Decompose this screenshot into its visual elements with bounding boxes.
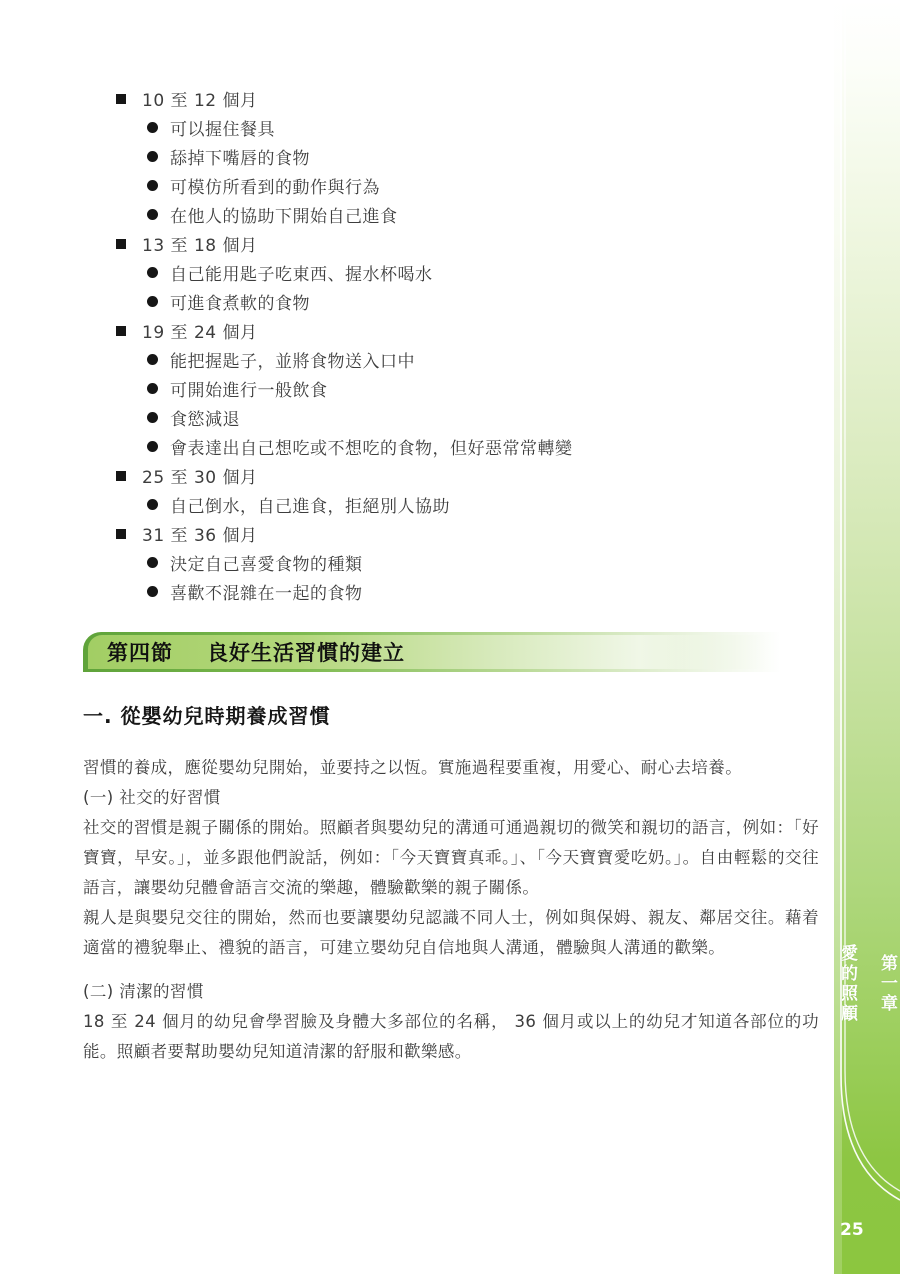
subsection-label: (二) 清潔的習慣 [83, 977, 819, 1007]
milestone-text: 會表達出自己想吃或不想吃的食物，但好惡常常轉變 [170, 434, 573, 459]
section-title: 良好生活習慣的建立 [207, 637, 405, 667]
milestone-text: 可以握住餐具 [170, 115, 275, 140]
square-bullet-icon [116, 326, 126, 336]
milestone-text: 10 至 12 個月 [142, 86, 257, 111]
milestone-text: 在他人的協助下開始自己進食 [170, 202, 398, 227]
milestone-text: 可模仿所看到的動作與行為 [170, 173, 380, 198]
circle-bullet-icon [147, 586, 158, 597]
circle-bullet-icon [147, 122, 158, 133]
milestone-item-row: 自己能用匙子吃東西、握水杯喝水 [83, 258, 813, 287]
milestone-item-row: 可模仿所看到的動作與行為 [83, 171, 813, 200]
section-number: 第四節 [107, 637, 173, 667]
milestone-text: 能把握匙子，並將食物送入口中 [170, 347, 415, 372]
milestone-item-row: 在他人的協助下開始自己進食 [83, 200, 813, 229]
milestone-text: 19 至 24 個月 [142, 318, 257, 343]
square-bullet-icon [116, 239, 126, 249]
milestone-list: 10 至 12 個月可以握住餐具舔掉下嘴唇的食物可模仿所看到的動作與行為在他人的… [83, 84, 813, 606]
milestone-item-row: 決定自己喜愛食物的種類 [83, 548, 813, 577]
section-header-text: 第四節 良好生活習慣的建立 [107, 632, 405, 672]
milestone-item-row: 可開始進行一般飲食 [83, 374, 813, 403]
subsection-heading: 一. 從嬰幼兒時期養成習慣 [83, 700, 331, 729]
circle-bullet-icon [147, 412, 158, 423]
subsection-label: (一) 社交的好習慣 [83, 783, 819, 813]
subsection: (二) 清潔的習慣18 至 24 個月的幼兒會學習臉及身體大多部位的名稱， 36… [83, 977, 819, 1067]
milestone-text: 決定自己喜愛食物的種類 [170, 550, 363, 575]
milestone-text: 食慾減退 [170, 405, 240, 430]
milestone-age-row: 31 至 36 個月 [83, 519, 813, 548]
milestone-text: 13 至 18 個月 [142, 231, 257, 256]
milestone-item-row: 喜歡不混雜在一起的食物 [83, 577, 813, 606]
square-bullet-icon [116, 471, 126, 481]
circle-bullet-icon [147, 296, 158, 307]
section-header-bar: 第四節 良好生活習慣的建立 [83, 632, 795, 672]
milestone-text: 可開始進行一般飲食 [170, 376, 328, 401]
prose-body: 習慣的養成，應從嬰幼兒開始，並要持之以恆。實施過程要重複，用愛心、耐心去培養。 … [83, 753, 819, 1081]
subsection-container: (一) 社交的好習慣社交的習慣是親子關係的開始。照顧者與嬰幼兒的溝通可通過親切的… [83, 783, 819, 1067]
circle-bullet-icon [147, 267, 158, 278]
circle-bullet-icon [147, 557, 158, 568]
intro-paragraph: 習慣的養成，應從嬰幼兒開始，並要持之以恆。實施過程要重複，用愛心、耐心去培養。 [83, 753, 819, 783]
body-paragraph: 社交的習慣是親子關係的開始。照顧者與嬰幼兒的溝通可通過親切的微笑和親切的語言，例… [83, 813, 819, 903]
document-page: 10 至 12 個月可以握住餐具舔掉下嘴唇的食物可模仿所看到的動作與行為在他人的… [0, 0, 900, 1274]
milestone-item-row: 能把握匙子，並將食物送入口中 [83, 345, 813, 374]
page-number: 25 [840, 1220, 864, 1240]
milestone-item-row: 會表達出自己想吃或不想吃的食物，但好惡常常轉變 [83, 432, 813, 461]
square-bullet-icon [116, 94, 126, 104]
milestone-age-row: 13 至 18 個月 [83, 229, 813, 258]
body-paragraph: 親人是與嬰兒交往的開始，然而也要讓嬰幼兒認識不同人士，例如與保姆、親友、鄰居交往… [83, 903, 819, 963]
circle-bullet-icon [147, 209, 158, 220]
subsection: (一) 社交的好習慣社交的習慣是親子關係的開始。照顧者與嬰幼兒的溝通可通過親切的… [83, 783, 819, 963]
chapter-number: 第一章 [875, 954, 900, 1014]
circle-bullet-icon [147, 180, 158, 191]
sidebar-swoosh-lines [834, 0, 900, 1274]
milestone-item-row: 自己倒水，自己進食，拒絕別人協助 [83, 490, 813, 519]
milestone-text: 可進食煮軟的食物 [170, 289, 310, 314]
milestone-age-row: 19 至 24 個月 [83, 316, 813, 345]
circle-bullet-icon [147, 383, 158, 394]
milestone-item-row: 舔掉下嘴唇的食物 [83, 142, 813, 171]
milestone-text: 31 至 36 個月 [142, 521, 257, 546]
circle-bullet-icon [147, 354, 158, 365]
milestone-item-row: 食慾減退 [83, 403, 813, 432]
milestone-text: 自己能用匙子吃東西、握水杯喝水 [170, 260, 433, 285]
chapter-tab: 第一章 愛的照顧 [834, 944, 900, 1024]
milestone-item-row: 可以握住餐具 [83, 113, 813, 142]
milestone-item-row: 可進食煮軟的食物 [83, 287, 813, 316]
body-paragraph: 18 至 24 個月的幼兒會學習臉及身體大多部位的名稱， 36 個月或以上的幼兒… [83, 1007, 819, 1067]
milestone-text: 自己倒水，自己進食，拒絕別人協助 [170, 492, 450, 517]
chapter-title: 愛的照顧 [835, 944, 860, 1024]
circle-bullet-icon [147, 499, 158, 510]
circle-bullet-icon [147, 151, 158, 162]
square-bullet-icon [116, 529, 126, 539]
milestone-age-row: 25 至 30 個月 [83, 461, 813, 490]
milestone-age-row: 10 至 12 個月 [83, 84, 813, 113]
milestone-text: 25 至 30 個月 [142, 463, 257, 488]
milestone-text: 舔掉下嘴唇的食物 [170, 144, 310, 169]
chapter-sidebar: 第一章 愛的照顧 25 [834, 0, 900, 1274]
milestone-text: 喜歡不混雜在一起的食物 [170, 579, 363, 604]
circle-bullet-icon [147, 441, 158, 452]
